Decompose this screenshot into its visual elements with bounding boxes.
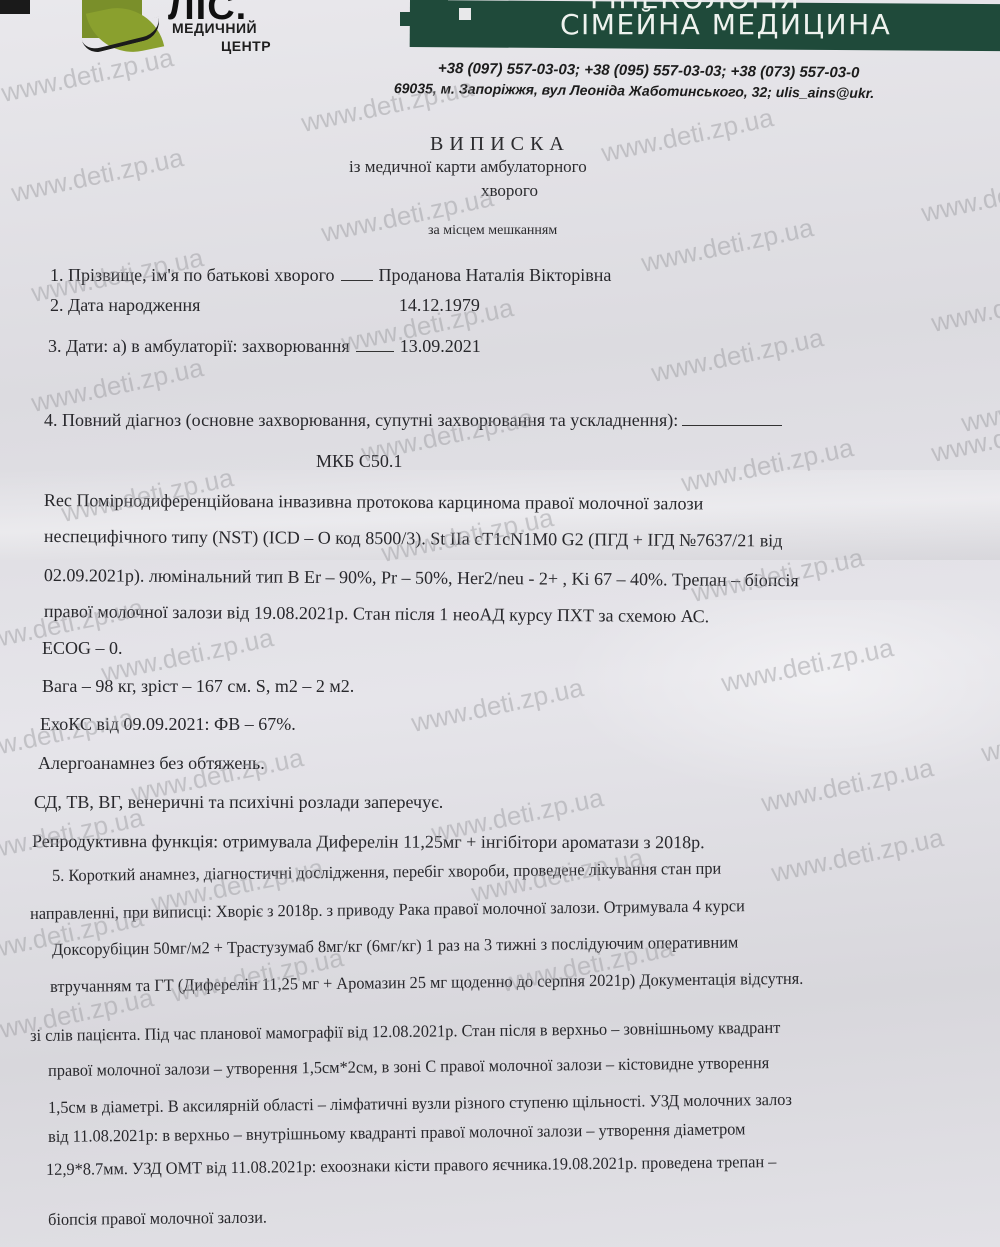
field-dates: 3. Дати: а) в амбулаторії: захворювання1… — [48, 336, 481, 357]
anamnesis-line: 12,9*8.7мм. УЗД ОМТ від 11.08.2021р: ехо… — [46, 1152, 776, 1180]
clinic-address: 69035, м. Запоріжжя, вул Леоніда Жаботин… — [394, 80, 874, 101]
anamnesis-line: втручанням та ГТ (Диферелін 11,25 мг + А… — [50, 969, 803, 997]
diagnosis-line: СД, ТВ, ВГ, венеричні та психічні розлад… — [34, 792, 443, 813]
clinic-logo: ЛІС. МЕДИЧНИЙ ЦЕНТР — [0, 0, 420, 90]
document-photo: ЛІС. МЕДИЧНИЙ ЦЕНТР ГІНЕКОЛОГІЯ СІМЕЙНА … — [0, 0, 1000, 1247]
logo-subtitle-1: МЕДИЧНИЙ — [172, 20, 257, 36]
document-subtitle-residence: за місцем мешканням — [428, 223, 557, 239]
anamnesis-line: зі слів пацієнта. Під час планової мамог… — [30, 1018, 780, 1046]
watermark: www.deti.zp.ua — [919, 162, 1000, 229]
paper-glare — [560, 600, 1000, 800]
diagnosis-line: Вага – 98 кг, зріст – 167 см. S, m2 – 2 … — [42, 676, 354, 697]
watermark: www.deti.zp.ua — [29, 352, 206, 419]
diagnosis-line: ЕхоКС від 09.09.2021: ФВ – 67%. — [40, 714, 296, 735]
diagnosis-line: Rec Помірнодиференційована інвазивна про… — [44, 490, 703, 514]
watermark: www.deti.zp.ua — [929, 272, 1000, 339]
patient-name-value: Проданова Наталія Вікторівна — [379, 265, 612, 286]
field-label: 3. Дати: а) в амбулаторії: захворювання — [48, 336, 350, 357]
dates-value: 13.09.2021 — [400, 336, 481, 357]
watermark: www.deti.zp.ua — [769, 822, 946, 889]
diagnosis-line: 02.09.2021р). люмінальний тип В Er – 90%… — [44, 565, 799, 591]
clinic-phones: +38 (097) 557-03-03; +38 (095) 557-03-03… — [438, 60, 860, 81]
fill-line — [356, 350, 394, 352]
diagnosis-line: ECOG – 0. — [42, 638, 123, 659]
logo-block-icon — [0, 0, 30, 14]
watermark: www.deti.zp.ua — [959, 372, 1000, 439]
field-label: 1. Прізвище, ім'я по батькові хворого — [50, 265, 335, 286]
anamnesis-line: від 11.08.2021р: в верхньо – внутрішньом… — [48, 1119, 745, 1147]
document-title: ВИПИСКА — [430, 133, 570, 156]
dob-value: 14.12.1979 — [399, 295, 480, 316]
watermark: www.deti.zp.ua — [599, 102, 776, 169]
pixel-decor — [459, 8, 471, 20]
field-diagnosis: 4. Повний діагноз (основне захворювання,… — [44, 410, 782, 431]
anamnesis-line: Доксорубіцин 50мг/м2 + Трастузумаб 8мг/к… — [52, 933, 738, 960]
fill-line — [341, 279, 373, 281]
watermark: www.deti.zp.ua — [9, 142, 186, 209]
diagnosis-line: Алергоанамнез без обтяжень. — [38, 753, 265, 774]
pixel-decor — [400, 12, 422, 26]
anamnesis-line: направленні, при виписці: Хворіє з 2018р… — [30, 896, 745, 924]
field-dob: 2. Дата народження 14.12.1979 — [50, 295, 480, 316]
field-label: 2. Дата народження — [50, 295, 200, 316]
anamnesis-line: 1,5см в діаметрі. В аксилярній області –… — [48, 1090, 792, 1118]
fill-line — [682, 411, 782, 426]
logo-subtitle-2: ЦЕНТР — [221, 38, 271, 54]
watermark: www.deti.zp.ua — [649, 322, 826, 389]
pixel-decor — [412, 0, 448, 12]
anamnesis-line: 5. Короткий анамнез, діагностичні дослід… — [52, 859, 721, 886]
anamnesis-line: правої молочної залози – утворення 1,5см… — [48, 1053, 769, 1081]
document-subtitle: хворого — [481, 181, 538, 201]
document-subtitle: із медичної карти амбулаторного — [349, 157, 587, 177]
diagnosis-line: правої молочної залози від 19.08.2021р. … — [44, 601, 709, 627]
watermark: www.deti.zp.ua — [929, 402, 1000, 469]
banner-title: СІМЕЙНА МЕДИЦИНА — [560, 8, 891, 41]
field-label: 4. Повний діагноз (основне захворювання,… — [44, 410, 678, 431]
watermark: www.deti.zp.ua — [639, 212, 816, 279]
field-patient-name: 1. Прізвище, ім'я по батькові хворогоПро… — [50, 265, 611, 286]
anamnesis-line: біопсія правої молочної залози. — [48, 1208, 267, 1230]
diagnosis-line: неспецифічного типу (NST) (ICD – O код 8… — [44, 526, 783, 552]
icd-code: МКБ С50.1 — [316, 451, 402, 472]
pixel-decor — [430, 28, 444, 42]
diagnosis-line: Репродуктивна функція: отримувала Дифере… — [32, 831, 705, 853]
